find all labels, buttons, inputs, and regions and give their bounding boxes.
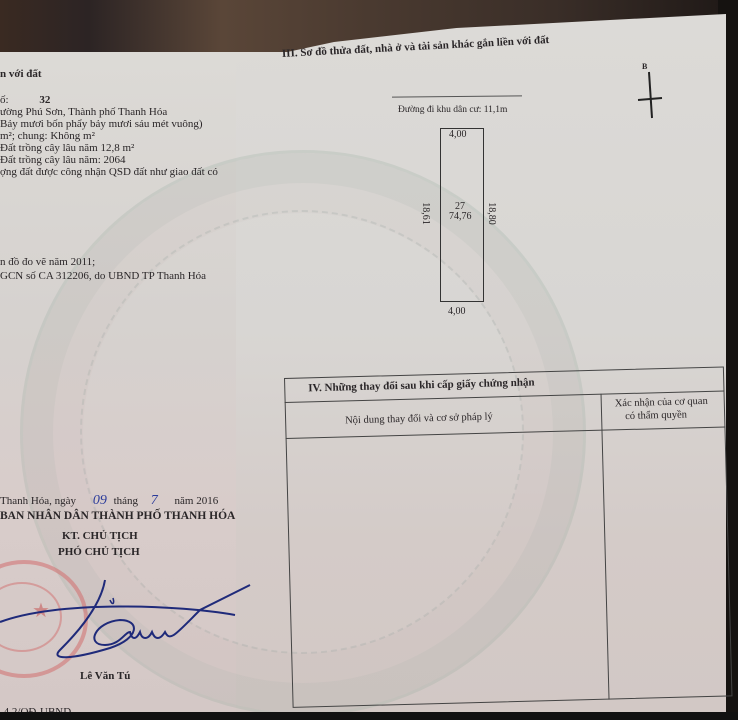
plot-left-dimension: 18,61 [420,202,431,225]
date-line: Thanh Hóa, ngày 09 tháng 7 năm 2016 [0,494,218,508]
table-surface-bottom [0,712,738,720]
source-line-2: GCN số CA 312206, do UBND TP Thanh Hóa [0,270,206,283]
source-line-1: n đồ đo vẽ năm 2011; [0,256,95,269]
date-month-label: tháng [114,495,138,507]
plot-right-dimension: 18,80 [486,202,497,225]
date-year: năm 2016 [175,495,219,507]
parcel-number-label: ố: [0,94,9,106]
signature-icon [0,560,300,710]
date-prefix: Thanh Hóa, ngày [0,495,76,507]
column-header-changes: Nội dung thay đổi và cơ sở pháp lý [345,411,493,428]
north-arrow-icon: B [636,60,666,120]
signer-name: Lê Văn Tú [80,670,130,683]
column-header-confirmation-1: Xác nhận của cơ quan [615,395,708,410]
origin-line: ợng đất được công nhận QSD đất như giao … [0,166,218,179]
date-month: 7 [151,493,158,508]
section-fragment: n với đất [0,68,42,81]
date-day: 09 [93,493,107,508]
plot-area: 74,76 [449,211,472,222]
plot-top-dimension: 4,00 [449,129,467,140]
parcel-diagram: 4,00 27 74,76 [440,128,484,302]
signature-area: ★ Lê Văn Tú -4.2/QĐ-UBND [0,560,300,710]
role-kt-chu-tich: KT. CHỦ TỊCH [62,530,138,543]
column-header-confirmation-2: có thẩm quyền [625,408,687,423]
authority-name: BAN NHÂN DÂN THÀNH PHỐ THANH HÓA [0,510,235,523]
section-4-title: IV. Những thay đổi sau khi cấp giấy chứn… [308,376,535,395]
role-pho-chu-tich: PHÓ CHỦ TỊCH [58,546,140,559]
plot-bottom-dimension: 4,00 [448,306,466,317]
parcel-number-value: 32 [39,94,50,106]
section-4-table: IV. Những thay đổi sau khi cấp giấy chứn… [284,366,732,707]
road-label: Đường đi khu dân cư: 11,1m [398,104,507,117]
